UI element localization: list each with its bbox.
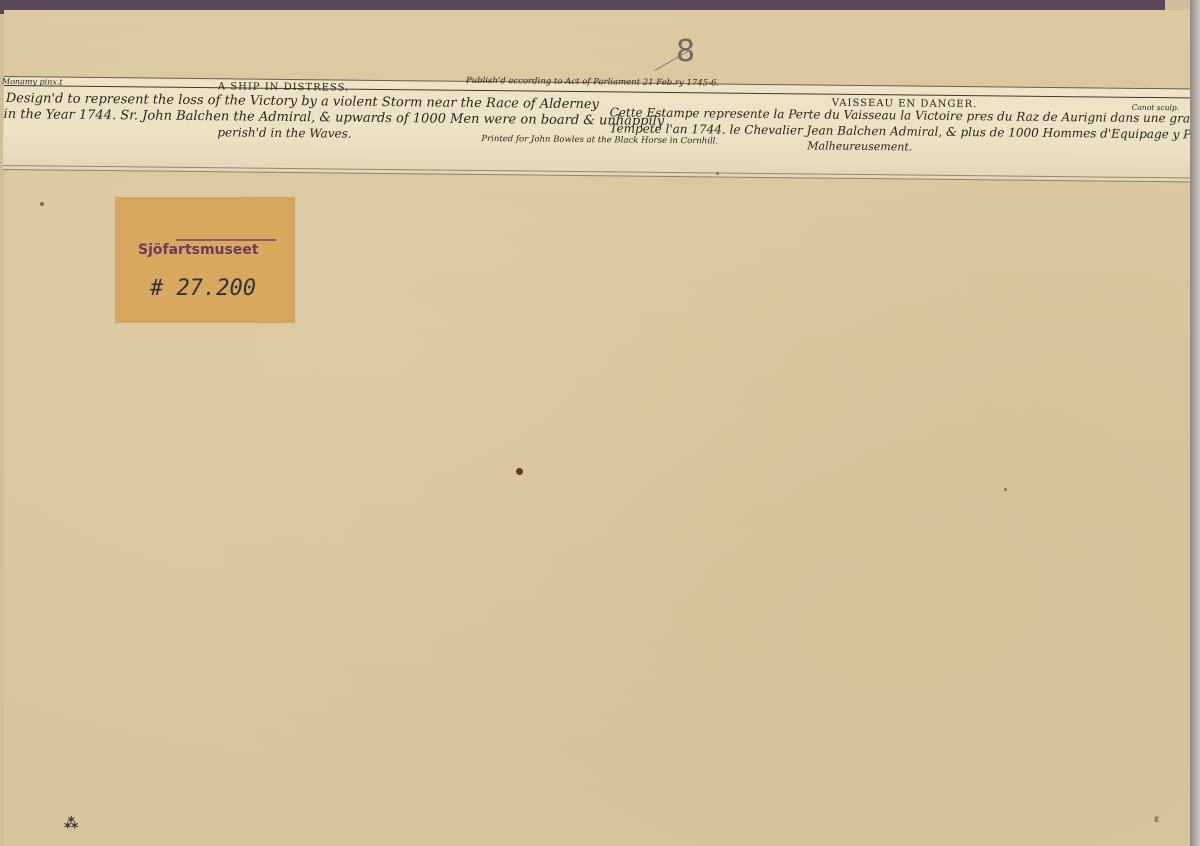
foxing-spot [516,468,523,475]
english-line-3: perish'd in the Waves. [217,125,351,140]
foxing-spot [716,172,719,175]
paper-sheet: Monamy pinx.t A SHIP IN DISTRESS. Publis… [4,10,1190,846]
inventory-number: # 27.200 [150,276,256,301]
french-line-3: Malheureusement. [807,139,912,153]
foxing-spot [40,202,44,206]
caption-strip: Monamy pinx.t A SHIP IN DISTRESS. Publis… [3,76,1196,182]
foxing-spot [1004,488,1007,491]
ink-smudge: ⁂ [64,816,78,832]
museum-label: Sjöfartsmuseet # 27.200 [116,198,294,322]
strip-bottom-rule [3,165,1195,178]
artist-credit: Monamy pinx.t [2,77,63,87]
publication-line: Publish'd according to Act of Parliament… [466,76,719,89]
english-title: A SHIP IN DISTRESS. [218,81,349,93]
right-frame-edge [1190,0,1200,846]
stamp-underline [176,239,276,241]
scan-background: Monamy pinx.t A SHIP IN DISTRESS. Publis… [0,0,1200,846]
museum-stamp: Sjöfartsmuseet [138,242,259,258]
ink-smudge: ε [1154,814,1160,825]
